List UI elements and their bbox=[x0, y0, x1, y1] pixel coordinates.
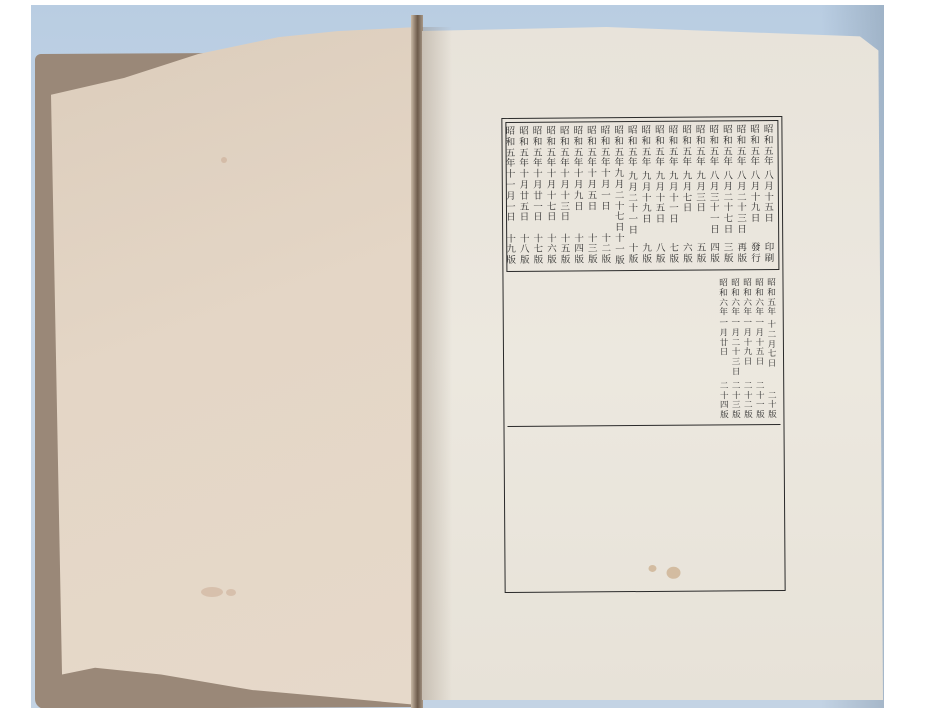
column-date: 十月廿五日 bbox=[519, 170, 529, 234]
column-date: 一月廿日 bbox=[719, 319, 728, 382]
colophon-column: 昭和五年八月二十三日再版 bbox=[735, 125, 750, 265]
column-era: 昭和五年 bbox=[587, 126, 597, 169]
column-edition: 十七版 bbox=[534, 234, 544, 266]
column-edition: 十二版 bbox=[601, 234, 611, 266]
column-date: 九月二十七日 bbox=[615, 169, 625, 234]
colophon-column: 昭和五年十二月七日二十版 bbox=[765, 279, 778, 421]
column-era: 昭和五年 bbox=[737, 125, 747, 171]
column-date: 九月十九日 bbox=[642, 172, 652, 242]
column-era: 昭和五年 bbox=[546, 127, 556, 170]
column-edition: 十四版 bbox=[574, 234, 584, 266]
column-edition: 二十四版 bbox=[720, 382, 729, 421]
edition-history-box: 昭和五年八月十五日印刷昭和五年八月十九日發行昭和五年八月二十三日再版昭和五年八月… bbox=[505, 120, 779, 272]
column-edition: 八版 bbox=[656, 242, 666, 266]
column-era: 昭和五年 bbox=[655, 126, 665, 172]
column-era: 昭和五年 bbox=[750, 125, 760, 171]
colophon-column: 昭和六年一月十九日二十二版 bbox=[741, 279, 754, 421]
column-era: 昭和五年 bbox=[506, 127, 516, 170]
stain-spot bbox=[648, 565, 656, 572]
column-edition: 六版 bbox=[683, 242, 693, 266]
column-edition: 九版 bbox=[642, 242, 652, 266]
column-edition: 二十二版 bbox=[744, 382, 753, 421]
column-edition: 十五版 bbox=[561, 234, 571, 266]
later-edition-columns: 昭和五年十二月七日二十版昭和六年一月十五日二十一版昭和六年一月十九日二十二版昭和… bbox=[717, 279, 778, 421]
foxing-spot bbox=[221, 157, 227, 163]
column-era: 昭和五年 bbox=[574, 126, 584, 169]
column-date: 九月三日 bbox=[696, 172, 706, 242]
column-date: 九月七日 bbox=[683, 172, 693, 242]
column-edition: 發行 bbox=[751, 241, 761, 265]
colophon-column: 昭和六年一月二十三日二十三版 bbox=[729, 279, 742, 421]
foxing-spot bbox=[226, 589, 236, 596]
column-era: 昭和五年 bbox=[628, 126, 638, 172]
column-edition: 二十一版 bbox=[756, 382, 765, 421]
colophon-column: 昭和五年十一月一日十九版 bbox=[504, 127, 519, 267]
column-era: 昭和五年 bbox=[709, 125, 719, 171]
column-era: 昭和六年 bbox=[755, 279, 764, 319]
colophon-frame: 昭和五年八月十五日印刷昭和五年八月十九日發行昭和五年八月二十三日再版昭和五年八月… bbox=[501, 116, 785, 593]
foxing-spot bbox=[201, 587, 223, 597]
column-era: 昭和五年 bbox=[723, 125, 733, 171]
later-editions-box: 昭和五年十二月七日二十版昭和六年一月十五日二十一版昭和六年一月十九日二十二版昭和… bbox=[506, 275, 780, 427]
edition-columns: 昭和五年八月十五日印刷昭和五年八月十九日發行昭和五年八月二十三日再版昭和五年八月… bbox=[504, 125, 777, 267]
column-edition: 十九版 bbox=[506, 234, 516, 266]
column-era: 昭和五年 bbox=[560, 127, 570, 170]
column-era: 昭和五年 bbox=[767, 279, 776, 321]
column-edition: 再版 bbox=[737, 241, 747, 265]
colophon-column: 昭和五年十月十三日十五版 bbox=[558, 126, 573, 266]
column-era: 昭和五年 bbox=[533, 127, 543, 170]
column-era: 昭和五年 bbox=[669, 126, 679, 172]
book-photo: 昭和五年八月十五日印刷昭和五年八月十九日發行昭和五年八月二十三日再版昭和五年八月… bbox=[31, 5, 884, 708]
column-date: 八月二十三日 bbox=[737, 171, 747, 241]
column-date: 十一月一日 bbox=[506, 170, 516, 234]
column-date: 九月十一日 bbox=[669, 172, 679, 242]
column-date: 十月五日 bbox=[587, 170, 597, 234]
colophon-column: 昭和五年八月十九日發行 bbox=[748, 125, 763, 265]
colophon-column: 昭和五年九月十五日八版 bbox=[653, 126, 668, 266]
column-date: 八月十九日 bbox=[751, 171, 761, 241]
colophon-column: 昭和五年十月九日十四版 bbox=[572, 126, 587, 266]
column-edition: 七版 bbox=[669, 242, 679, 266]
colophon-column: 昭和五年九月十九日九版 bbox=[639, 126, 654, 266]
column-era: 昭和六年 bbox=[719, 279, 728, 319]
column-date: 十月一日 bbox=[601, 169, 611, 233]
column-date: 八月十五日 bbox=[764, 171, 774, 241]
column-edition: 十三版 bbox=[588, 234, 598, 266]
colophon-column: 昭和六年一月廿日二十四版 bbox=[717, 279, 730, 421]
column-edition: 十一版 bbox=[615, 234, 625, 266]
column-date: 八月二十七日 bbox=[723, 171, 733, 241]
stain-spot bbox=[666, 567, 680, 579]
column-date: 十月十七日 bbox=[547, 170, 557, 234]
column-era: 昭和六年 bbox=[743, 279, 752, 319]
column-edition: 二十版 bbox=[768, 387, 777, 421]
column-date: 十月廿一日 bbox=[533, 170, 543, 234]
column-date: 十月九日 bbox=[574, 170, 584, 234]
column-date: 一月十九日 bbox=[743, 319, 752, 382]
column-edition: 印刷 bbox=[765, 241, 775, 265]
gutter-shade bbox=[422, 27, 452, 700]
colophon-column: 昭和五年九月三日五版 bbox=[694, 126, 709, 266]
column-date: 一月十五日 bbox=[755, 319, 764, 382]
column-era: 昭和五年 bbox=[614, 126, 624, 169]
column-era: 昭和六年 bbox=[731, 279, 740, 319]
colophon-column: 昭和五年九月二十七日十一版 bbox=[612, 126, 627, 266]
column-era: 昭和五年 bbox=[764, 125, 774, 171]
column-date: 十月十三日 bbox=[560, 170, 570, 234]
column-era: 昭和五年 bbox=[601, 126, 611, 169]
column-date: 八月三十一日 bbox=[710, 171, 720, 241]
column-date: 九月二十一日 bbox=[628, 172, 638, 242]
column-edition: 十版 bbox=[629, 242, 639, 266]
column-era: 昭和五年 bbox=[641, 126, 651, 172]
blank-publisher-box bbox=[508, 429, 782, 589]
column-edition: 五版 bbox=[697, 242, 707, 266]
colophon-column: 昭和五年十月五日十三版 bbox=[585, 126, 600, 266]
colophon-column: 昭和五年九月二十一日十版 bbox=[626, 126, 641, 266]
left-endpaper bbox=[51, 27, 418, 705]
column-edition: 十八版 bbox=[520, 234, 530, 266]
colophon-column: 昭和五年十月一日十二版 bbox=[599, 126, 614, 266]
colophon-column: 昭和六年一月十五日二十一版 bbox=[753, 279, 766, 421]
column-edition: 十六版 bbox=[547, 234, 557, 266]
colophon-column: 昭和五年八月三十一日四版 bbox=[707, 125, 722, 265]
column-edition: 二十三版 bbox=[732, 382, 741, 421]
colophon-column: 昭和五年十月十七日十六版 bbox=[544, 127, 559, 267]
column-date: 十二月七日 bbox=[767, 321, 776, 387]
column-era: 昭和五年 bbox=[519, 127, 529, 170]
column-edition: 四版 bbox=[710, 241, 720, 265]
column-era: 昭和五年 bbox=[682, 126, 692, 172]
column-era: 昭和五年 bbox=[696, 126, 706, 172]
column-date: 一月二十三日 bbox=[731, 319, 740, 382]
colophon-column: 昭和五年八月十五日印刷 bbox=[762, 125, 777, 265]
colophon-column: 昭和五年九月七日六版 bbox=[680, 126, 695, 266]
column-date: 九月十五日 bbox=[655, 172, 665, 242]
column-edition: 三版 bbox=[724, 241, 734, 265]
colophon-column: 昭和五年十月廿五日十八版 bbox=[517, 127, 532, 267]
colophon-column: 昭和五年十月廿一日十七版 bbox=[531, 127, 546, 267]
colophon-column: 昭和五年九月十一日七版 bbox=[667, 126, 682, 266]
colophon-column: 昭和五年八月二十七日三版 bbox=[721, 125, 736, 265]
